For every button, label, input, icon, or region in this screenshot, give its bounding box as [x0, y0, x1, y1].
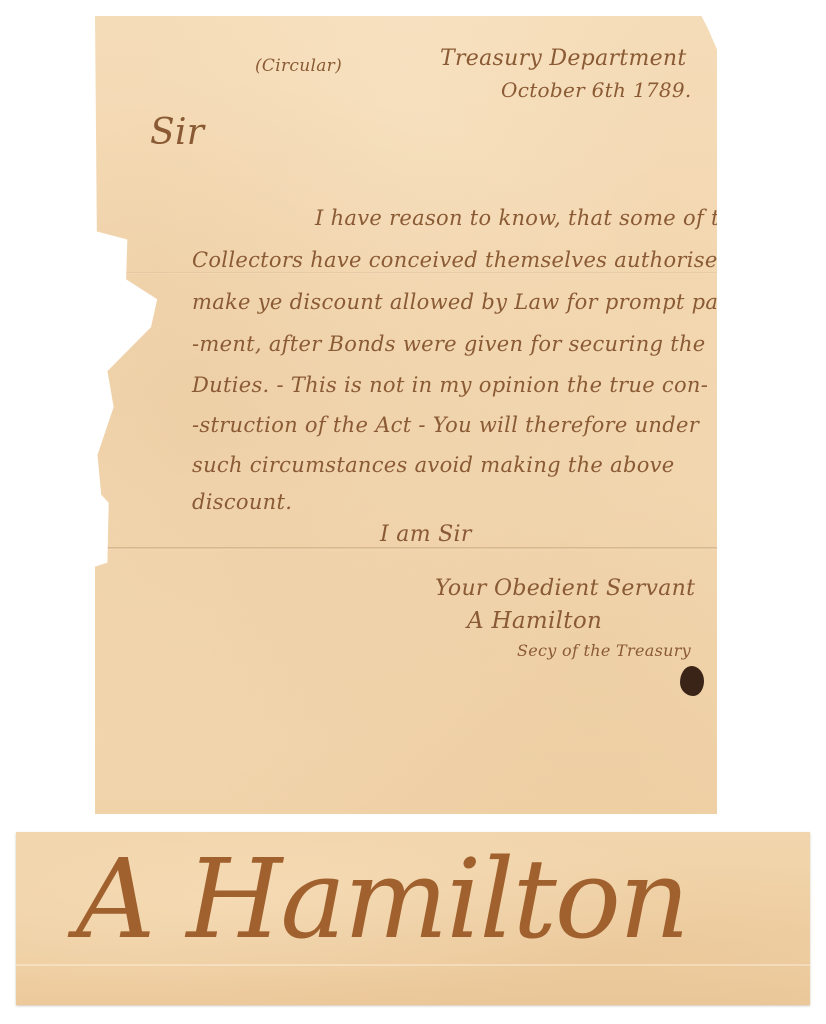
- body-line: make ye discount allowed by Law for prom…: [192, 290, 738, 314]
- body-line: such circumstances avoid making the abov…: [192, 453, 675, 477]
- circular-label: (Circular): [255, 56, 342, 76]
- letter-page: (Circular) Treasury Department October 6…: [95, 16, 717, 814]
- body-line: discount.: [192, 490, 292, 514]
- letter-date: October 6th 1789.: [501, 78, 692, 102]
- fold-line: [95, 272, 717, 274]
- signature-detail-panel: A Hamilton: [16, 832, 810, 1005]
- fold-line: [16, 964, 810, 966]
- valediction: Your Obedient Servant: [435, 576, 695, 601]
- salutation: Sir: [150, 112, 204, 153]
- department-heading: Treasury Department: [440, 46, 687, 71]
- fold-line: [95, 547, 717, 550]
- signature: A Hamilton: [467, 608, 602, 634]
- signature-closeup: A Hamilton: [76, 844, 688, 954]
- wax-seal-remnant: [680, 666, 704, 696]
- body-line: Duties. - This is not in my opinion the …: [192, 373, 708, 397]
- body-line: -struction of the Act - You will therefo…: [192, 413, 699, 437]
- body-line: I have reason to know, that some of the: [315, 206, 746, 230]
- body-line: -ment, after Bonds were given for securi…: [192, 332, 706, 356]
- body-line: Collectors have conceived themselves aut…: [192, 248, 760, 272]
- closing: I am Sir: [380, 522, 472, 547]
- signer-title: Secy of the Treasury: [517, 641, 691, 660]
